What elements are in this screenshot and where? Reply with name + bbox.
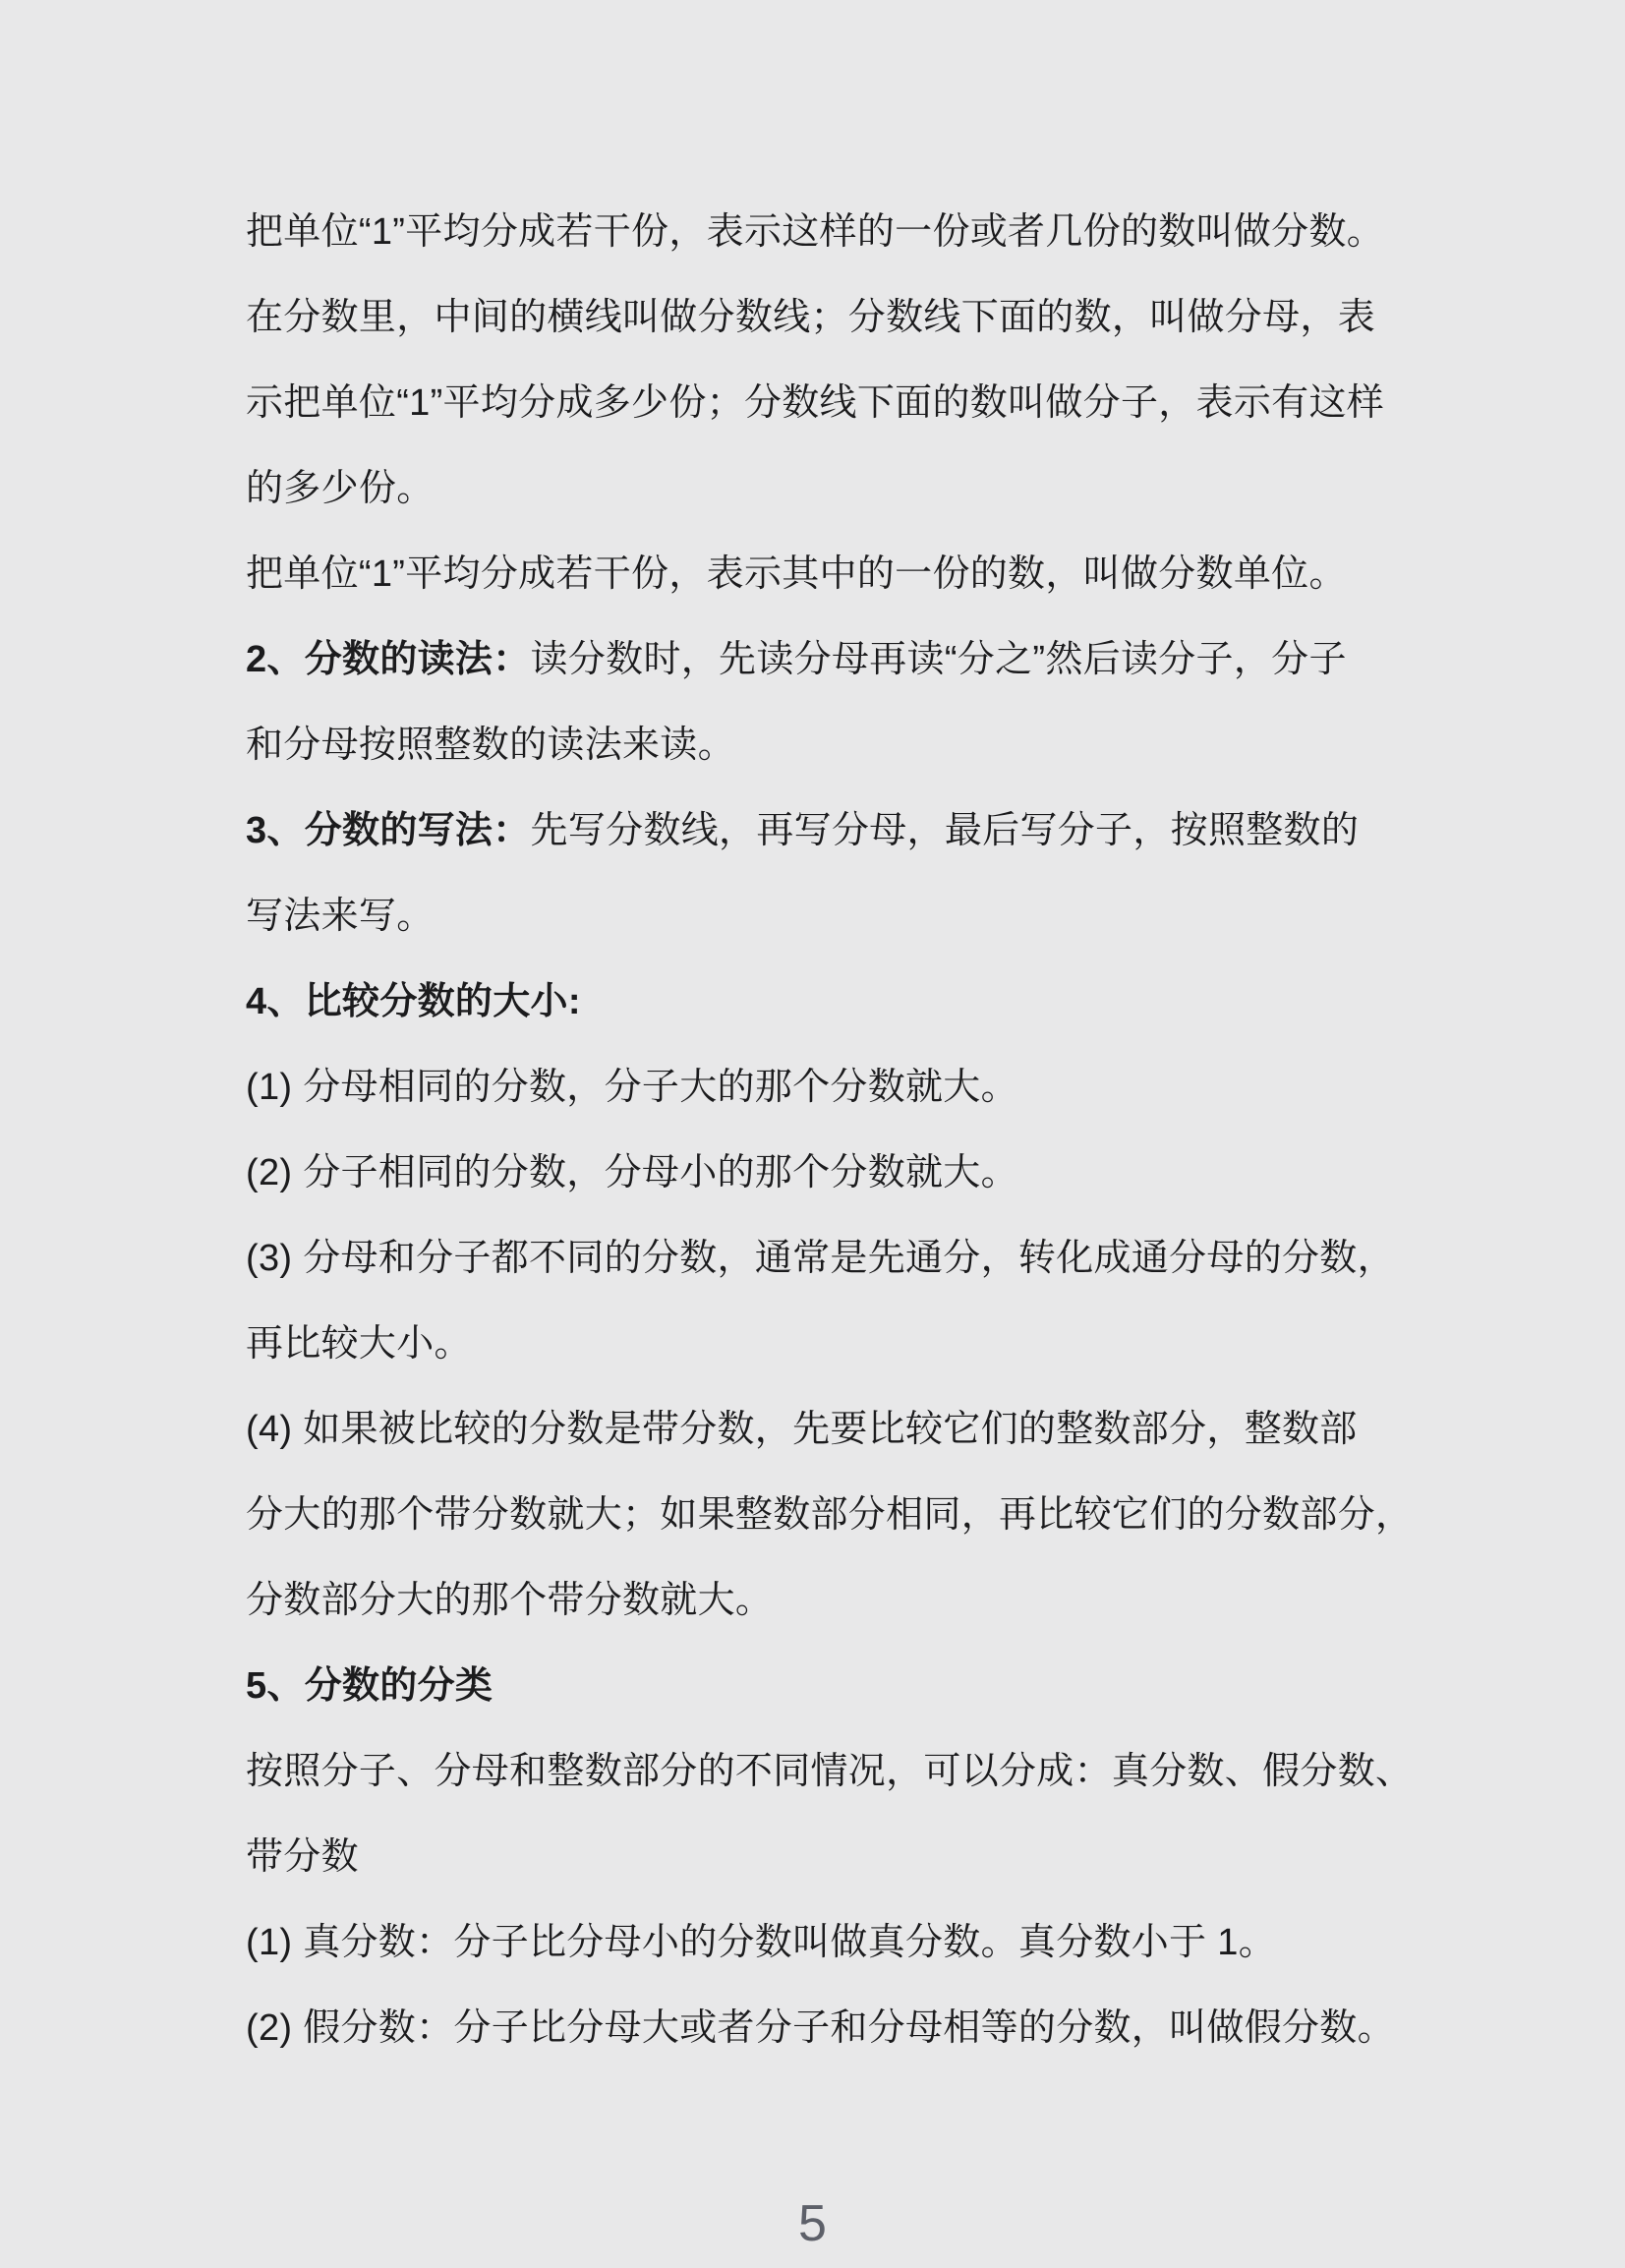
text-line: (2) 假分数：分子比分母大或者分子和分母相等的分数，叫做假分数。 [246,1986,1396,2071]
line-text: 分数部分大的那个带分数就大。 [246,1580,773,1621]
line-text: 再比较大小。 [246,1323,472,1365]
line-text: 带分数 [246,1836,359,1878]
section-heading-line: 5、分数的分类 [246,1644,1396,1729]
line-text: 把单位“1”平均分成若干份，表示这样的一份或者几份的数叫做分数。 [246,211,1384,253]
text-line: 分大的那个带分数就大；如果整数部分相同，再比较它们的分数部分， [246,1473,1396,1558]
line-text: 示把单位“1”平均分成多少份；分数线下面的数叫做分子，表示有这样 [246,382,1384,424]
line-text: 在分数里，中间的横线叫做分数线；分数线下面的数，叫做分母，表 [246,297,1375,338]
text-line: 和分母按照整数的读法来读。 [246,703,1396,788]
line-text: 读分数时，先读分母再读“分之”然后读分子，分子 [531,639,1347,680]
line-text: (2) 分子相同的分数，分母小的那个分数就大。 [246,1152,1018,1193]
line-text: 和分母按照整数的读法来读。 [246,725,735,766]
line-text: (1) 分母相同的分数，分子大的那个分数就大。 [246,1067,1018,1108]
page-number: 5 [798,2195,827,2252]
text-line: 按照分子、分母和整数部分的不同情况，可以分成：真分数、假分数、 [246,1729,1396,1815]
text-line: 示把单位“1”平均分成多少份；分数线下面的数叫做分子，表示有这样 [246,361,1396,446]
line-text: 按照分子、分母和整数部分的不同情况，可以分成：真分数、假分数、 [246,1751,1413,1792]
line-text: 先写分数线，再写分母，最后写分子，按照整数的 [531,810,1360,851]
text-line: (2) 分子相同的分数，分母小的那个分数就大。 [246,1131,1396,1216]
line-text: (1) 真分数：分子比分母小的分数叫做真分数。真分数小于 1。 [246,1922,1276,1963]
section-heading-label: 3、分数的写法： [246,810,531,851]
text-line: (3) 分母和分子都不同的分数，通常是先通分，转化成通分母的分数， [246,1216,1396,1302]
text-line: (1) 分母相同的分数，分子大的那个分数就大。 [246,1045,1396,1131]
line-text: 的多少份。 [246,468,435,509]
line-text: (2) 假分数：分子比分母大或者分子和分母相等的分数，叫做假分数。 [246,2007,1395,2049]
text-line: 写法来写。 [246,874,1396,960]
text-line: 再比较大小。 [246,1302,1396,1387]
text-line: 的多少份。 [246,446,1396,532]
line-text: 分大的那个带分数就大；如果整数部分相同，再比较它们的分数部分， [246,1494,1413,1536]
section-heading-line: 2、分数的读法：读分数时，先读分母再读“分之”然后读分子，分子 [246,617,1396,703]
section-heading-line: 4、比较分数的大小: [246,960,1396,1045]
section-heading-label: 4、比较分数的大小: [246,981,581,1022]
text-line: 把单位“1”平均分成若干份，表示其中的一份的数，叫做分数单位。 [246,532,1396,617]
section-heading-line: 3、分数的写法：先写分数线，再写分母，最后写分子，按照整数的 [246,788,1396,874]
text-line: (4) 如果被比较的分数是带分数，先要比较它们的整数部分，整数部 [246,1387,1396,1473]
line-text: (3) 分母和分子都不同的分数，通常是先通分，转化成通分母的分数， [246,1238,1395,1279]
text-line: 带分数 [246,1815,1396,1900]
document-text: 把单位“1”平均分成若干份，表示这样的一份或者几份的数叫做分数。在分数里，中间的… [246,190,1396,2071]
text-line: 把单位“1”平均分成若干份，表示这样的一份或者几份的数叫做分数。 [246,190,1396,275]
text-line: (1) 真分数：分子比分母小的分数叫做真分数。真分数小于 1。 [246,1900,1396,1986]
text-line: 在分数里，中间的横线叫做分数线；分数线下面的数，叫做分母，表 [246,275,1396,361]
text-line: 分数部分大的那个带分数就大。 [246,1558,1396,1644]
line-text: 写法来写。 [246,896,435,937]
section-heading-label: 2、分数的读法： [246,639,531,680]
section-heading-label: 5、分数的分类 [246,1665,493,1707]
line-text: (4) 如果被比较的分数是带分数，先要比较它们的整数部分，整数部 [246,1409,1358,1450]
line-text: 把单位“1”平均分成若干份，表示其中的一份的数，叫做分数单位。 [246,553,1347,595]
page-footer: 5 [0,2198,1625,2249]
